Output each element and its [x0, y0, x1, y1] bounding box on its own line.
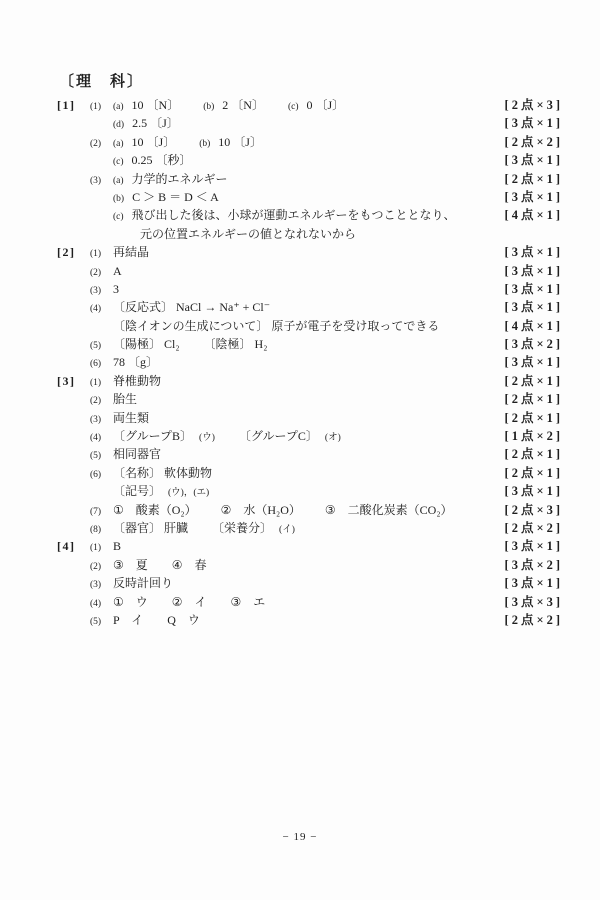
answer-part: 両生類 — [113, 409, 149, 427]
points-badge: [2点×2] — [505, 611, 563, 629]
part-text: 両生類 — [113, 411, 149, 425]
answer-part: 元の位置エネルギーの値となれないから — [140, 225, 356, 243]
answer-content: (d)2.5 〔J〕 — [113, 114, 505, 134]
answer-row: [2] (1) 再結晶 [3点×1] — [0, 243, 600, 261]
scanned-answer-key-page: 〔理 科〕 [1] (1) (a)10 〔N〕(b)2 〔N〕(c)0 〔J〕 … — [0, 0, 600, 900]
part-text: 〔陰極〕 H₂ — [204, 337, 268, 351]
sub-question-label: (2) — [90, 135, 113, 153]
part-text: ② イ — [172, 595, 207, 609]
answer-part: 胎生 — [113, 390, 137, 408]
answer-part: 相同器官 — [113, 445, 161, 463]
points-badge: [3点×1] — [505, 298, 563, 316]
answer-content: 78 〔g〕 — [113, 353, 505, 371]
points-badge: [4点×1] — [505, 206, 563, 224]
part-text: 2 〔N〕 — [222, 98, 264, 112]
answer-row: (2) 胎生 [2点×1] — [0, 390, 600, 408]
points-badge: [2点×1] — [505, 409, 563, 427]
answer-part: ③ エ — [231, 593, 266, 611]
sub-question-label: (2) — [90, 558, 113, 576]
answer-part: (b)2 〔N〕 — [203, 96, 264, 116]
part-text: 10 〔J〕 — [132, 135, 176, 149]
part-text: C ＞ B ＝ D ＜ A — [132, 190, 219, 204]
answer-row: (d)2.5 〔J〕 [3点×1] — [0, 114, 600, 132]
part-text: 力学的エネルギー — [132, 172, 228, 186]
answer-content: 〔器官〕 肝臓〔栄養分〕(イ) — [113, 519, 505, 539]
answer-row: (3) 3 [3点×1] — [0, 280, 600, 298]
answer-row: (3) 反時計回り [3点×1] — [0, 574, 600, 592]
answer-row: (6) 78 〔g〕 [3点×1] — [0, 353, 600, 371]
answer-row: (8) 〔器官〕 肝臓〔栄養分〕(イ) [2点×2] — [0, 519, 600, 537]
part-text: 〔栄養分〕 — [212, 521, 272, 535]
answer-content: 再結晶 — [113, 243, 505, 261]
answer-row: (5) 相同器官 [2点×1] — [0, 445, 600, 463]
answer-part: (c)0 〔J〕 — [288, 96, 344, 116]
answer-part: B — [113, 537, 121, 555]
sub-question-label: (5) — [90, 613, 113, 631]
part-text: 〔陽極〕 Cl₂ — [113, 337, 180, 351]
part-marker: (b) — [113, 194, 124, 204]
answer-part: 〔器官〕 肝臓 — [113, 519, 188, 537]
points-badge: [4点×1] — [505, 317, 563, 335]
part-text: 2.5 〔J〕 — [132, 116, 179, 130]
part-text: 元の位置エネルギーの値となれないから — [140, 227, 356, 241]
answer-part: ③ 二酸化炭素（CO₂） — [325, 501, 453, 519]
answer-part: ① 酸素（O₂） — [113, 501, 197, 519]
answer-row: (b)C ＞ B ＝ D ＜ A [3点×1] — [0, 188, 600, 206]
part-symbol: (ウ) — [199, 433, 215, 443]
answer-part: 脊椎動物 — [113, 372, 161, 390]
points-badge: [2点×2] — [505, 133, 563, 151]
answer-row: 〔記号〕(ウ)，(エ) [3点×1] — [0, 482, 600, 500]
answer-part: 〔栄養分〕(イ) — [212, 519, 295, 539]
sub-question-label: (3) — [90, 282, 113, 300]
points-badge: [3点×2] — [505, 556, 563, 574]
answer-content: 両生類 — [113, 409, 505, 427]
part-text: 反時計回り — [113, 576, 173, 590]
sub-question-label: (4) — [90, 429, 113, 447]
answer-row: (4) 〔グループB〕(ウ)〔グループC〕(オ) [1点×2] — [0, 427, 600, 445]
points-badge: [2点×3] — [505, 501, 563, 519]
answer-part: ④ 春 — [172, 556, 207, 574]
question-number-label: [3] — [57, 372, 90, 390]
part-text: ③ エ — [231, 595, 266, 609]
part-symbol: (イ) — [279, 525, 295, 535]
points-badge: [2点×1] — [505, 445, 563, 463]
sub-question-label: (4) — [90, 595, 113, 613]
sub-question-label: (1) — [90, 374, 113, 392]
sub-question-label: (1) — [90, 245, 113, 263]
answer-part: 反時計回り — [113, 574, 173, 592]
points-badge: [2点×1] — [505, 464, 563, 482]
part-text: 3 — [113, 282, 119, 296]
answer-part: 〔陰イオンの生成について〕 原子が電子を受け取ってできる — [113, 317, 439, 335]
part-marker: (c) — [113, 157, 124, 167]
answer-row: (5) P イQ ウ [2点×2] — [0, 611, 600, 629]
answer-row: [1] (1) (a)10 〔N〕(b)2 〔N〕(c)0 〔J〕 [2点×3] — [0, 96, 600, 114]
answer-content: 脊椎動物 — [113, 372, 505, 390]
answer-content: ① 酸素（O₂）② 水（H₂O）③ 二酸化炭素（CO₂） — [113, 501, 505, 519]
part-marker: (b) — [203, 102, 214, 112]
part-text: P イ — [113, 613, 143, 627]
answer-part: 〔名称〕 軟体動物 — [113, 464, 212, 482]
answer-row: (5) 〔陽極〕 Cl₂〔陰極〕 H₂ [3点×2] — [0, 335, 600, 353]
part-text: 〔陰イオンの生成について〕 原子が電子を受け取ってできる — [113, 319, 439, 333]
points-badge: [3点×2] — [505, 335, 563, 353]
part-text: ① ウ — [113, 595, 148, 609]
sub-question-label: (3) — [90, 576, 113, 594]
sub-question-label: (3) — [90, 411, 113, 429]
points-badge: [3点×3] — [505, 593, 563, 611]
sub-question-label: (2) — [90, 264, 113, 282]
sub-question-label: (1) — [90, 539, 113, 557]
part-text: Q ウ — [167, 613, 200, 627]
question-number-label: [4] — [57, 537, 90, 555]
sub-question-label: (8) — [90, 521, 113, 539]
answer-content: A — [113, 262, 505, 280]
sub-question-label: (6) — [90, 466, 113, 484]
points-badge: [2点×1] — [505, 390, 563, 408]
answer-content: 〔陽極〕 Cl₂〔陰極〕 H₂ — [113, 335, 505, 353]
answer-content: (b)C ＞ B ＝ D ＜ A — [113, 188, 505, 208]
answer-content: (a)10 〔N〕(b)2 〔N〕(c)0 〔J〕 — [113, 96, 505, 116]
answer-content: 〔陰イオンの生成について〕 原子が電子を受け取ってできる — [113, 317, 505, 335]
part-text: 胎生 — [113, 392, 137, 406]
answer-content: 〔記号〕(ウ)，(エ) — [113, 482, 505, 502]
answer-part: 78 〔g〕 — [113, 353, 158, 371]
page-title: 〔理 科〕 — [59, 70, 144, 91]
answer-part: 〔反応式〕 NaCl → Na⁺ + Cl⁻ — [113, 298, 270, 316]
part-symbol: (ウ)，(エ) — [168, 488, 209, 498]
points-badge: [3点×1] — [505, 537, 563, 555]
points-badge: [3点×1] — [505, 114, 563, 132]
answer-part: ② 水（H₂O） — [221, 501, 301, 519]
answer-row: 〔陰イオンの生成について〕 原子が電子を受け取ってできる [4点×1] — [0, 317, 600, 335]
part-text: 〔グループC〕 — [239, 429, 318, 443]
part-symbol: (オ) — [325, 433, 341, 443]
answer-part: 3 — [113, 280, 119, 298]
answer-part: 〔グループC〕(オ) — [239, 427, 341, 447]
part-text: 相同器官 — [113, 447, 161, 461]
part-marker: (c) — [288, 102, 299, 112]
answer-part: (b)10 〔J〕 — [199, 133, 262, 153]
answer-row: (3) 両生類 [2点×1] — [0, 409, 600, 427]
answer-row: (3) (a)力学的エネルギー [2点×1] — [0, 170, 600, 188]
answer-row: (2) (a)10 〔J〕(b)10 〔J〕 [2点×2] — [0, 133, 600, 151]
points-badge: [2点×1] — [505, 372, 563, 390]
answer-content: (c)飛び出した後は、小球が運動エネルギーをもつこととなり、 — [113, 206, 505, 226]
sub-question-label: (5) — [90, 447, 113, 465]
answer-row: (4) 〔反応式〕 NaCl → Na⁺ + Cl⁻ [3点×1] — [0, 298, 600, 316]
part-text: 78 〔g〕 — [113, 355, 158, 369]
points-badge: [2点×1] — [505, 170, 563, 188]
points-badge: [3点×1] — [505, 151, 563, 169]
sub-question-label: (3) — [90, 172, 113, 190]
part-text: 〔反応式〕 NaCl → Na⁺ + Cl⁻ — [113, 300, 270, 314]
answer-row: (2) ③ 夏④ 春 [3点×2] — [0, 556, 600, 574]
answer-part: ② イ — [172, 593, 207, 611]
answer-content: 〔グループB〕(ウ)〔グループC〕(オ) — [113, 427, 505, 447]
answer-row: (c)0.25 〔秒〕 [3点×1] — [0, 151, 600, 169]
points-badge: [1点×2] — [505, 427, 563, 445]
sub-question-label: (7) — [90, 503, 113, 521]
answer-content: 反時計回り — [113, 574, 505, 592]
part-text: B — [113, 539, 121, 553]
answer-part: ① ウ — [113, 593, 148, 611]
answer-row: (2) A [3点×1] — [0, 262, 600, 280]
part-text: 脊椎動物 — [113, 374, 161, 388]
question-number-label: [1] — [57, 96, 90, 114]
answer-part: 〔グループB〕(ウ) — [113, 427, 215, 447]
answer-part: (d)2.5 〔J〕 — [113, 114, 179, 134]
answer-part: (a)10 〔N〕 — [113, 96, 179, 116]
part-text: 0.25 〔秒〕 — [132, 153, 192, 167]
part-text: 〔グループB〕 — [113, 429, 192, 443]
points-badge: [3点×1] — [505, 243, 563, 261]
part-marker: (a) — [113, 102, 124, 112]
points-badge: [3点×1] — [505, 280, 563, 298]
points-badge: [3点×1] — [505, 188, 563, 206]
sub-question-label: (1) — [90, 98, 113, 116]
answer-content: 〔名称〕 軟体動物 — [113, 464, 505, 482]
answer-part: ③ 夏 — [113, 556, 148, 574]
points-badge: [3点×1] — [505, 353, 563, 371]
answer-part: P イ — [113, 611, 143, 629]
answer-content: (a)力学的エネルギー — [113, 170, 505, 190]
part-text: ③ 二酸化炭素（CO₂） — [325, 503, 453, 517]
part-text: 0 〔J〕 — [307, 98, 345, 112]
points-badge: [2点×3] — [505, 96, 563, 114]
sub-question-label: (6) — [90, 355, 113, 373]
part-text: 10 〔J〕 — [218, 135, 262, 149]
part-text: ③ 夏 — [113, 558, 148, 572]
answer-part: (a)力学的エネルギー — [113, 170, 228, 190]
part-text: A — [113, 264, 122, 278]
answer-content: ① ウ② イ③ エ — [113, 593, 505, 611]
answer-content: 3 — [113, 280, 505, 298]
answer-row: (c)飛び出した後は、小球が運動エネルギーをもつこととなり、 [4点×1] — [0, 206, 600, 224]
answer-row: (7) ① 酸素（O₂）② 水（H₂O）③ 二酸化炭素（CO₂） [2点×3] — [0, 501, 600, 519]
answer-part: (b)C ＞ B ＝ D ＜ A — [113, 188, 219, 208]
answer-content: 相同器官 — [113, 445, 505, 463]
answer-content: ③ 夏④ 春 — [113, 556, 505, 574]
points-badge: [3点×1] — [505, 262, 563, 280]
points-badge: [3点×1] — [505, 482, 563, 500]
part-text: 再結晶 — [113, 245, 149, 259]
answer-part: 再結晶 — [113, 243, 149, 261]
part-text: 飛び出した後は、小球が運動エネルギーをもつこととなり、 — [132, 208, 456, 222]
points-badge: [2点×2] — [505, 519, 563, 537]
part-marker: (d) — [113, 120, 124, 130]
answer-content: 〔反応式〕 NaCl → Na⁺ + Cl⁻ — [113, 298, 505, 316]
answer-content: (a)10 〔J〕(b)10 〔J〕 — [113, 133, 505, 153]
answer-content: B — [113, 537, 505, 555]
points-badge: [3点×1] — [505, 574, 563, 592]
part-marker: (a) — [113, 176, 124, 186]
answer-part: 〔陰極〕 H₂ — [204, 335, 268, 353]
answer-content: (c)0.25 〔秒〕 — [113, 151, 505, 171]
part-text: 〔名称〕 軟体動物 — [113, 466, 212, 480]
part-text: ① 酸素（O₂） — [113, 503, 197, 517]
answer-part: (c)飛び出した後は、小球が運動エネルギーをもつこととなり、 — [113, 206, 456, 226]
answer-part: A — [113, 262, 122, 280]
part-text: 〔器官〕 肝臓 — [113, 521, 188, 535]
part-text: 〔記号〕 — [113, 484, 161, 498]
answer-rows-list: [1] (1) (a)10 〔N〕(b)2 〔N〕(c)0 〔J〕 [2点×3]… — [0, 96, 600, 629]
answer-part: 〔陽極〕 Cl₂ — [113, 335, 180, 353]
answer-row: (4) ① ウ② イ③ エ [3点×3] — [0, 593, 600, 611]
answer-part: Q ウ — [167, 611, 200, 629]
sub-question-label: (2) — [90, 392, 113, 410]
part-text: ④ 春 — [172, 558, 207, 572]
answer-row: [3] (1) 脊椎動物 [2点×1] — [0, 372, 600, 390]
answer-row: 元の位置エネルギーの値となれないから — [0, 225, 600, 243]
answer-part: 〔記号〕(ウ)，(エ) — [113, 482, 209, 502]
part-marker: (c) — [113, 212, 124, 222]
answer-content: 胎生 — [113, 390, 505, 408]
question-number-label: [2] — [57, 243, 90, 261]
sub-question-label: (4) — [90, 300, 113, 318]
part-marker: (b) — [199, 139, 210, 149]
answer-part: (a)10 〔J〕 — [113, 133, 175, 153]
part-marker: (a) — [113, 139, 124, 149]
answer-row: [4] (1) B [3点×1] — [0, 537, 600, 555]
answer-row: (6) 〔名称〕 軟体動物 [2点×1] — [0, 464, 600, 482]
part-text: ② 水（H₂O） — [221, 503, 301, 517]
part-text: 10 〔N〕 — [132, 98, 180, 112]
answer-part: (c)0.25 〔秒〕 — [113, 151, 192, 171]
answer-content: 元の位置エネルギーの値となれないから — [140, 225, 563, 243]
sub-question-label: (5) — [90, 337, 113, 355]
page-number: − 19 − — [0, 831, 600, 843]
answer-content: P イQ ウ — [113, 611, 505, 629]
